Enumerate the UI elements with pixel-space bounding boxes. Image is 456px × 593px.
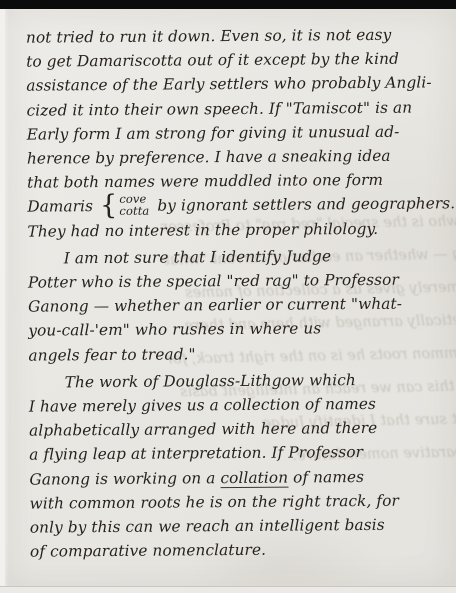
- manuscript-line: They had no interest in the proper philo…: [27, 216, 439, 243]
- manuscript-line: The work of Douglass-Lithgow which: [29, 367, 441, 394]
- manuscript-line: Ganong — whether an earlier or current "…: [28, 292, 440, 319]
- manuscript-line: a flying leap at interpretation. If Prof…: [29, 440, 441, 467]
- brace-line-prefix: Damaris: [27, 195, 93, 220]
- manuscript-line: cized it into their own speech. If "Tami…: [26, 95, 438, 122]
- manuscript-line: not tried to run it down. Even so, it is…: [26, 22, 438, 49]
- manuscript-line: alphabetically arranged with here and th…: [29, 416, 441, 443]
- underline-line-post: of names: [288, 468, 364, 487]
- manuscript-line: only by this can we reach an intelligent…: [30, 512, 442, 539]
- manuscript-text: not tried to run it down. Even so, it is…: [26, 22, 442, 564]
- manuscript-line-underlined: Ganong is working on a collation of name…: [29, 464, 441, 491]
- manuscript-line: you-call-'em" who rushes in where us: [28, 316, 440, 343]
- underlined-word: collation: [220, 468, 288, 488]
- scan-edge-top: [0, 0, 456, 9]
- scan-edge-bottom: [0, 586, 456, 593]
- paper: Potter who is the special "red rag" to P…: [5, 9, 456, 587]
- underline-line-pre: Ganong is working on a: [29, 469, 220, 488]
- manuscript-line: herence by preference. I have a sneaking…: [27, 143, 439, 170]
- manuscript-line: that both names were muddled into one fo…: [27, 168, 439, 195]
- manuscript-line: I have merely gives us a collection of n…: [29, 391, 441, 418]
- scanned-page: Potter who is the special "red rag" to P…: [0, 0, 456, 593]
- manuscript-line: of comparative nomenclature.: [30, 537, 442, 564]
- manuscript-line: Early form I am strong for giving it unu…: [27, 119, 439, 146]
- manuscript-line: with common roots he is on the right tra…: [30, 488, 442, 515]
- brace-stack: cove cotta: [119, 194, 149, 217]
- manuscript-line: I am not sure that I identify Judge: [28, 243, 440, 270]
- brace-line-suffix: by ignorant settlers and geographers.: [157, 192, 455, 219]
- manuscript-line: angels fear to tread.": [28, 340, 440, 367]
- brace-stack-bottom: cotta: [119, 205, 149, 217]
- manuscript-line-brace: Damaris { cove cotta by ignorant settler…: [27, 192, 439, 219]
- manuscript-line: to get Damariscotta out of it except by …: [26, 47, 438, 74]
- manuscript-line: assistance of the Early settlers who pro…: [26, 71, 438, 98]
- brace-glyph: {: [100, 193, 117, 217]
- manuscript-line: Potter who is the special "red rag" to P…: [28, 267, 440, 294]
